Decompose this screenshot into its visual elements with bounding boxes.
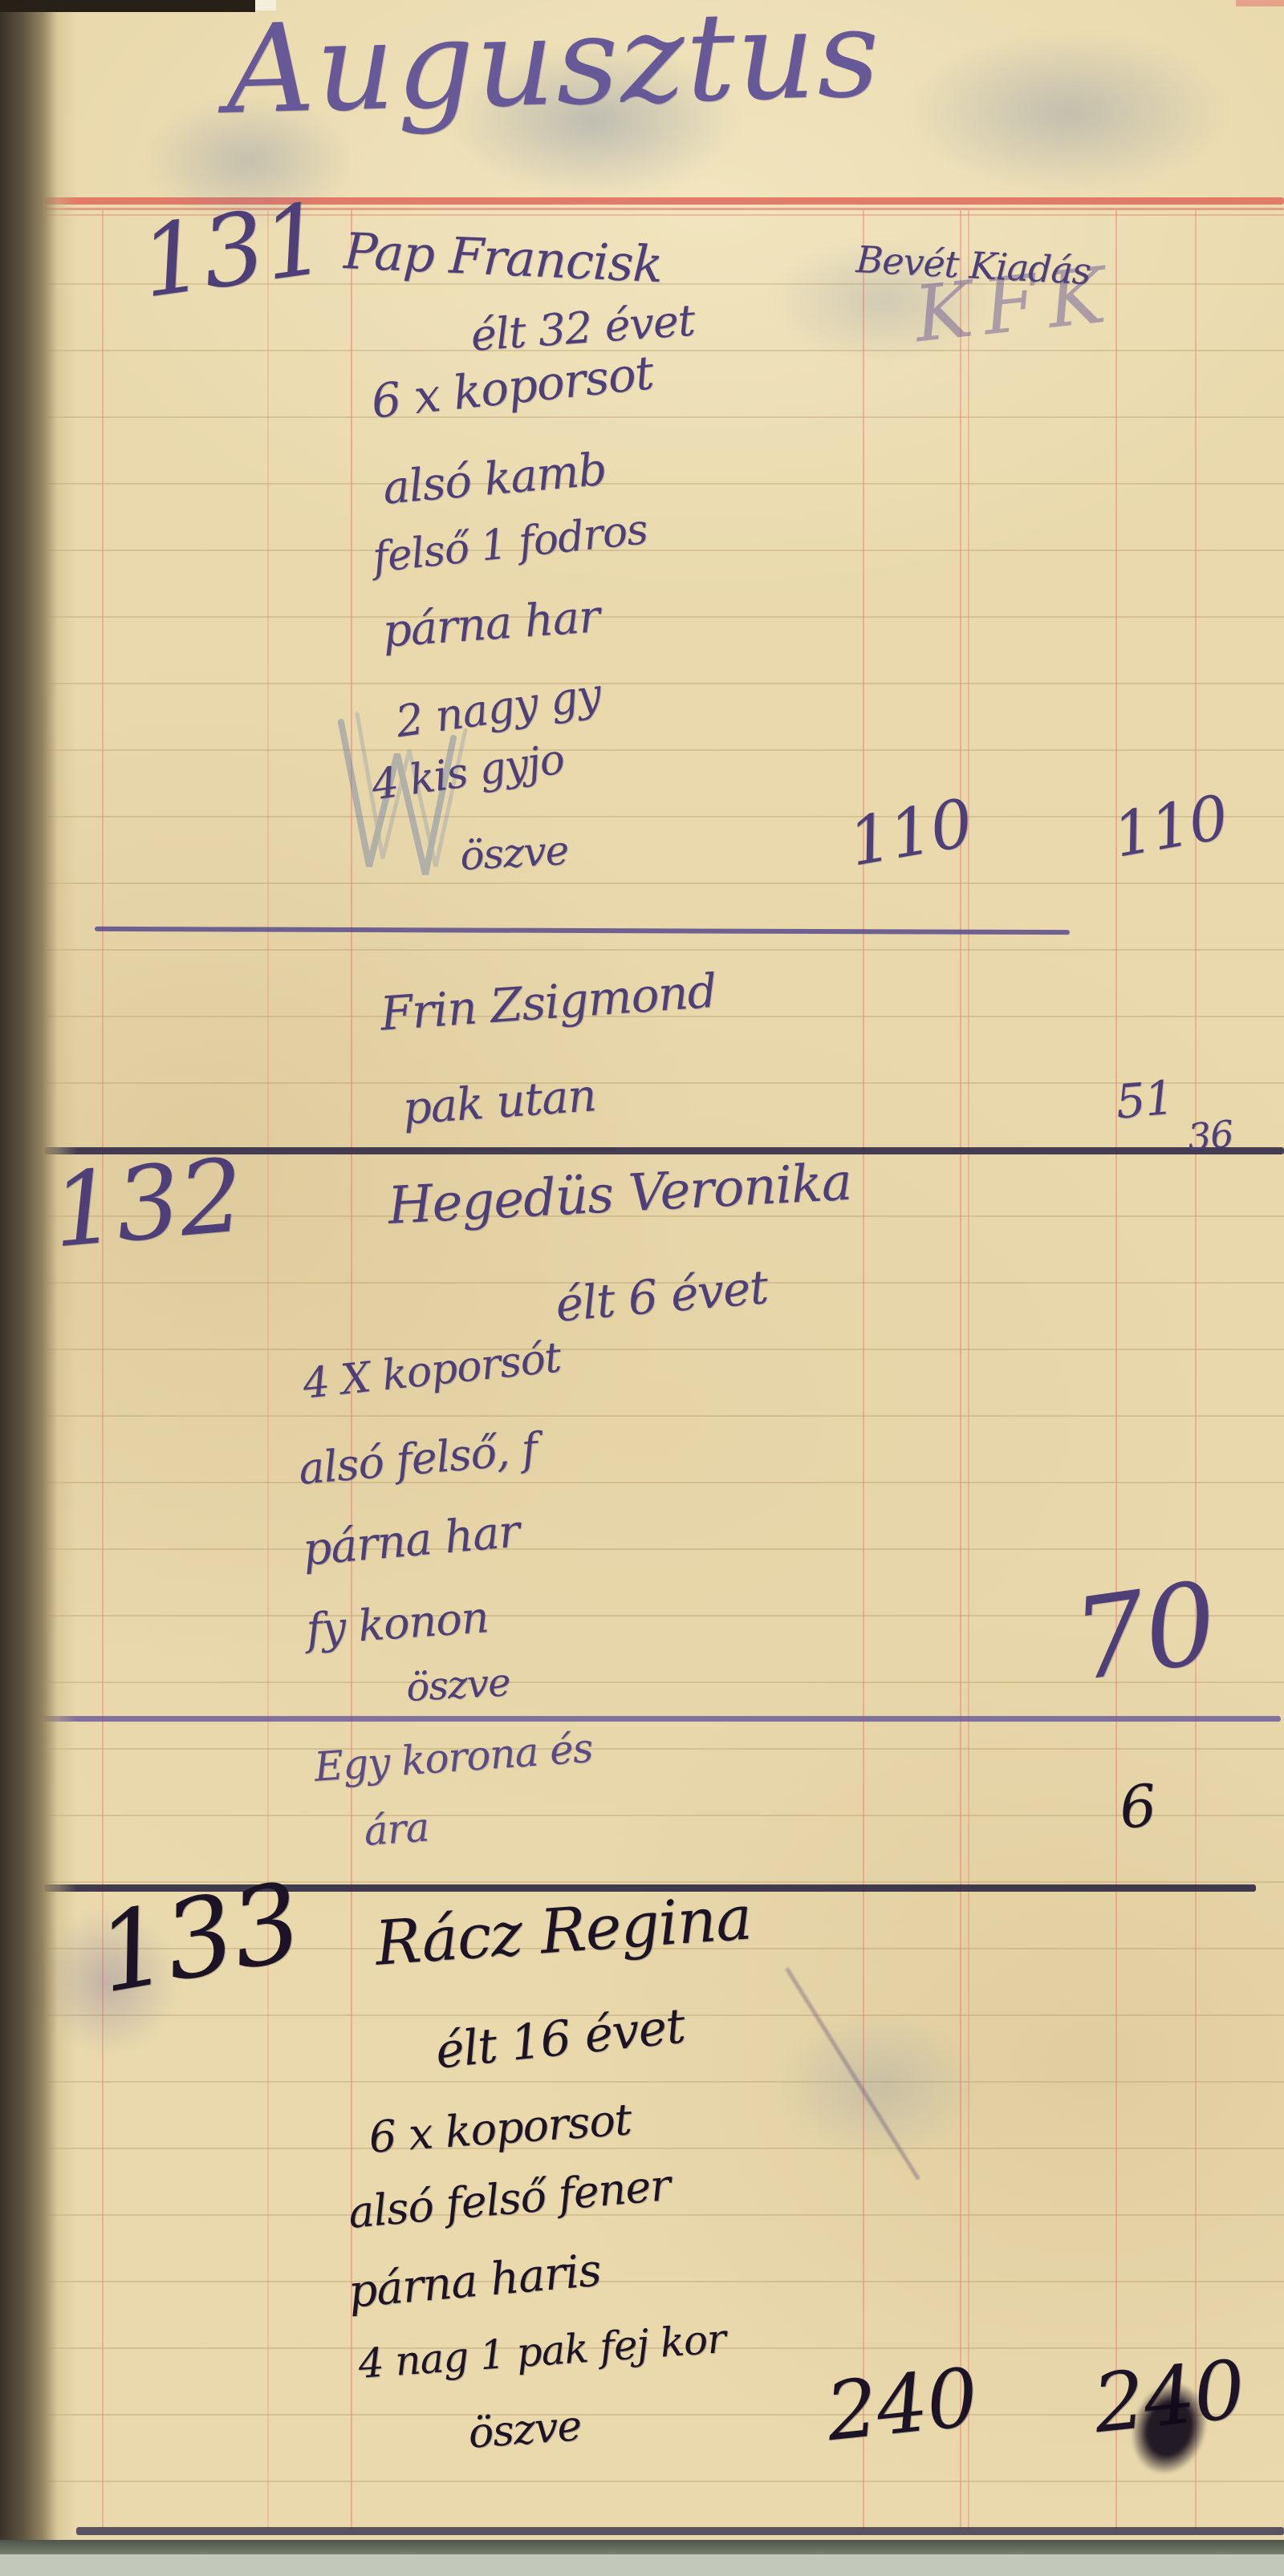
- total-income: 240: [823, 2357, 981, 2452]
- entry-line: 4 nag 1 pak fej kor: [357, 2318, 726, 2384]
- bottom-edge-dark: [0, 2540, 1284, 2554]
- entry-line: 6 x koporsot: [369, 349, 655, 425]
- addendum-amount: 6: [1117, 1776, 1158, 1837]
- entry-line: öszve: [405, 1663, 511, 1707]
- total-expense: 110: [1109, 786, 1232, 866]
- book-spine: [0, 0, 77, 2576]
- entry-line: párna har: [301, 1509, 521, 1572]
- entry-name-line: Rácz Regina: [373, 1887, 754, 1974]
- top-edge-shadow: [0, 0, 255, 12]
- entry-name-line: Frin Zsigmond: [379, 968, 717, 1037]
- ink-smudge: [778, 2014, 979, 2158]
- entry-number: 132: [48, 1145, 247, 1262]
- entry-line: 2 nagy gy: [393, 672, 603, 744]
- entry-line: pak utan: [401, 1073, 597, 1132]
- entry-line: 6 x koporsot: [368, 2098, 632, 2160]
- total-income: 110: [844, 790, 977, 876]
- entry-line: élt 32 évet: [469, 299, 696, 358]
- red-rule-vertical: [267, 210, 269, 2530]
- ink-smudge: [907, 32, 1228, 193]
- page-title: Augusztus: [225, 0, 883, 132]
- entry-line: öszve: [467, 2405, 583, 2455]
- top-edge-pink: [1236, 0, 1284, 6]
- separator-line: [0, 1716, 1281, 1722]
- separator-line: [95, 927, 1070, 935]
- entry-line: alsó felső, f: [297, 1427, 538, 1491]
- entry-number: 131: [135, 189, 331, 312]
- total-income: 70: [1067, 1567, 1223, 1698]
- bottom-edge-table: [0, 2554, 1284, 2576]
- red-rule-vertical: [1195, 210, 1197, 2530]
- entry-column-heads: Bevét Kiadás: [855, 241, 1091, 290]
- red-rule-vertical: [960, 210, 961, 2530]
- entry-line: fy konon: [305, 1596, 490, 1652]
- entry-line: élt 16 évet: [433, 2002, 687, 2075]
- entry-name-line: Pap Francisk: [343, 226, 663, 290]
- addendum-line: Egy korona és: [313, 1728, 594, 1787]
- entry-line: felső 1 fodros: [371, 509, 649, 579]
- separator-line: [76, 2527, 1284, 2535]
- amount-main: 51: [1114, 1074, 1176, 1126]
- entry-line: 4 X koporsót: [301, 1337, 563, 1405]
- entry-number: 133: [90, 1868, 308, 2009]
- entry-line: alsó kamb: [381, 448, 608, 512]
- red-rule-vertical: [968, 210, 969, 2530]
- red-rule-vertical: [1115, 210, 1117, 2530]
- entry-line: párna har: [381, 594, 601, 655]
- red-rule-vertical: [102, 210, 104, 2530]
- red-rule-vertical: [863, 210, 864, 2530]
- ledger-page: Augusztus KFK 131 Pap Francisk Bevét Kia…: [0, 0, 1284, 2576]
- entry-line: alsó felső fener: [347, 2164, 672, 2235]
- addendum-line: ára: [363, 1807, 430, 1851]
- pen-slip-stroke: [785, 1967, 920, 2180]
- entry-name-line: Hegedüs Veronika: [387, 1157, 852, 1232]
- entry-line: öszve: [459, 830, 569, 876]
- amount-fraction: 36: [1186, 1115, 1234, 1156]
- entry-line: párna haris: [347, 2249, 603, 2315]
- entry-line: élt 6 évet: [554, 1264, 770, 1329]
